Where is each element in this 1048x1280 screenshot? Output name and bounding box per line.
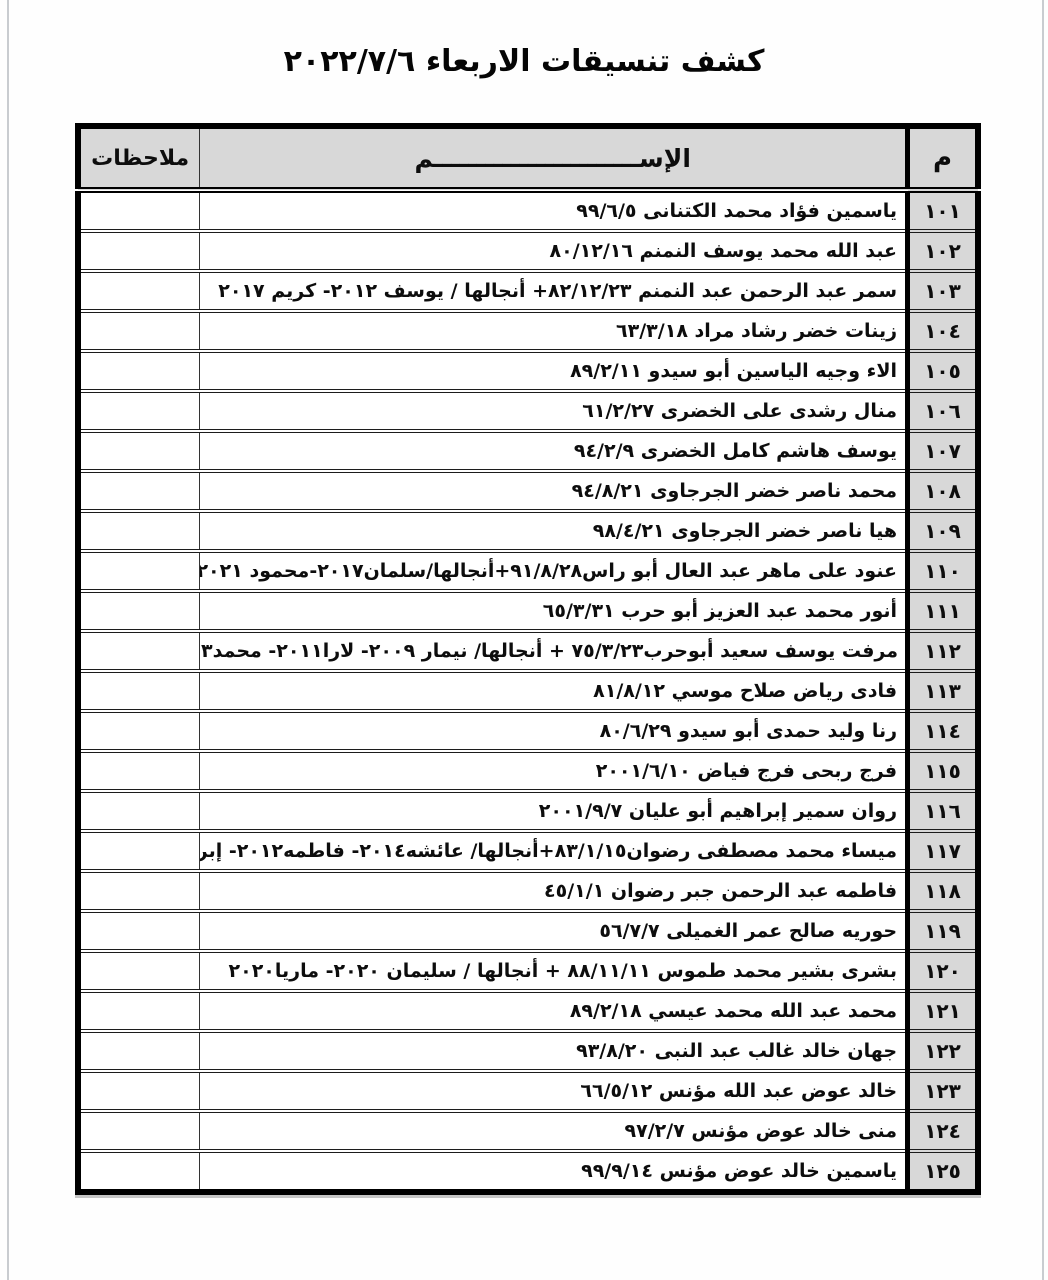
cell-person-name: زينات خضر رشاد مراد ٦٣/٣/١٨ <box>200 311 908 351</box>
cell-serial-number: ١٢٠ <box>908 951 978 991</box>
table-row: ١٠٥ الاء وجيه الياسين أبو سيدو ٨٩/٢/١١ <box>78 351 978 391</box>
cell-serial-number: ١٠١ <box>908 190 978 231</box>
cell-person-name: محمد عبد الله محمد عيسي ٨٩/٢/١٨ <box>200 991 908 1031</box>
cell-person-name: روان سمير إبراهيم أبو عليان ٢٠٠١/٩/٧ <box>200 791 908 831</box>
cell-notes <box>78 1151 200 1192</box>
table-row: ١٢٢ جهان خالد غالب عبد النبى ٩٣/٨/٢٠ <box>78 1031 978 1071</box>
col-header-notes: ملاحظات <box>78 126 200 190</box>
cell-person-name: فرج ربحى فرج فياض ٢٠٠١/٦/١٠ <box>200 751 908 791</box>
cell-serial-number: ١١٤ <box>908 711 978 751</box>
table-row: ١٢٤ منى خالد عوض مؤنس ٩٧/٢/٧ <box>78 1111 978 1151</box>
cell-person-name: ميساء محمد مصطفى رضوان٨٣/١/١٥+أنجالها/ ع… <box>200 831 908 871</box>
cell-serial-number: ١٢٢ <box>908 1031 978 1071</box>
table-row: ١١٥ فرج ربحى فرج فياض ٢٠٠١/٦/١٠ <box>78 751 978 791</box>
cell-notes <box>78 551 200 591</box>
cell-serial-number: ١٢٤ <box>908 1111 978 1151</box>
scan-edge-line-left <box>7 0 9 1280</box>
cell-notes <box>78 351 200 391</box>
cell-notes <box>78 311 200 351</box>
page-title: كشف تنسيقات الاربعاء ٢٠٢٢/٧/٦ <box>0 44 1048 79</box>
cell-person-name: فاطمه عبد الرحمن جبر رضوان ٤٥/١/١ <box>200 871 908 911</box>
table-row: ١١٤ رنا وليد حمدى أبو سيدو ٨٠/٦/٢٩ <box>78 711 978 751</box>
cell-notes <box>78 271 200 311</box>
table-row: ١١٨ فاطمه عبد الرحمن جبر رضوان ٤٥/١/١ <box>78 871 978 911</box>
cell-person-name: ياسمين فؤاد محمد الكتنانى ٩٩/٦/٥ <box>200 190 908 231</box>
table-row: ١٠١ ياسمين فؤاد محمد الكتنانى ٩٩/٦/٥ <box>78 190 978 231</box>
cell-notes <box>78 190 200 231</box>
cell-serial-number: ١١١ <box>908 591 978 631</box>
cell-person-name: ياسمين خالد عوض مؤنس ٩٩/٩/١٤ <box>200 1151 908 1192</box>
cell-serial-number: ١٠٩ <box>908 511 978 551</box>
cell-person-name: عنود على ماهر عبد العال أبو راس٩١/٨/٢٨+أ… <box>200 551 908 591</box>
cell-serial-number: ١٠٨ <box>908 471 978 511</box>
cell-notes <box>78 431 200 471</box>
cell-notes <box>78 791 200 831</box>
cell-person-name: الاء وجيه الياسين أبو سيدو ٨٩/٢/١١ <box>200 351 908 391</box>
cell-person-name: محمد ناصر خضر الجرجاوى ٩٤/٨/٢١ <box>200 471 908 511</box>
table-row: ١١٧ ميساء محمد مصطفى رضوان٨٣/١/١٥+أنجاله… <box>78 831 978 871</box>
table-row: ١٠٩ هيا ناصر خضر الجرجاوى ٩٨/٤/٢١ <box>78 511 978 551</box>
cell-notes <box>78 951 200 991</box>
cell-notes <box>78 231 200 271</box>
cell-person-name: خالد عوض عبد الله مؤنس ٦٦/٥/١٢ <box>200 1071 908 1111</box>
table-row: ١١٦ روان سمير إبراهيم أبو عليان ٢٠٠١/٩/٧ <box>78 791 978 831</box>
table-row: ١٠٧ يوسف هاشم كامل الخضرى ٩٤/٢/٩ <box>78 431 978 471</box>
cell-person-name: منى خالد عوض مؤنس ٩٧/٢/٧ <box>200 1111 908 1151</box>
table-row: ١١٠ عنود على ماهر عبد العال أبو راس٩١/٨/… <box>78 551 978 591</box>
cell-serial-number: ١١٩ <box>908 911 978 951</box>
table-row: ١٢٥ ياسمين خالد عوض مؤنس ٩٩/٩/١٤ <box>78 1151 978 1192</box>
cell-person-name: مرفت يوسف سعيد أبوحرب٧٥/٣/٢٣ + أنجالها/ … <box>200 631 908 671</box>
cell-person-name: فادى رياض صلاح موسي ٨١/٨/١٢ <box>200 671 908 711</box>
col-header-name: الإســــــــــــــــــــــــم <box>200 126 908 190</box>
cell-serial-number: ١٠٢ <box>908 231 978 271</box>
cell-person-name: منال رشدى على الخضرى ٦١/٢/٢٧ <box>200 391 908 431</box>
cell-notes <box>78 751 200 791</box>
table-row: ١١٩ حوريه صالح عمر الغميلى ٥٦/٧/٧ <box>78 911 978 951</box>
cell-notes <box>78 871 200 911</box>
cell-serial-number: ١١٠ <box>908 551 978 591</box>
scan-edge-line-right <box>1042 0 1044 1280</box>
cell-person-name: أنور محمد عبد العزيز أبو حرب ٦٥/٣/٣١ <box>200 591 908 631</box>
cell-person-name: جهان خالد غالب عبد النبى ٩٣/٨/٢٠ <box>200 1031 908 1071</box>
cell-serial-number: ١٢٣ <box>908 1071 978 1111</box>
cell-notes <box>78 471 200 511</box>
cell-person-name: عبد الله محمد يوسف النمنم ٨٠/١٢/١٦ <box>200 231 908 271</box>
cell-serial-number: ١٢٥ <box>908 1151 978 1192</box>
cell-person-name: رنا وليد حمدى أبو سيدو ٨٠/٦/٢٩ <box>200 711 908 751</box>
cell-notes <box>78 1071 200 1111</box>
cell-serial-number: ١٢١ <box>908 991 978 1031</box>
col-header-number: م <box>908 126 978 190</box>
table-row: ١١٣ فادى رياض صلاح موسي ٨١/٨/١٢ <box>78 671 978 711</box>
cell-serial-number: ١٠٧ <box>908 431 978 471</box>
coordination-list-table: م الإســــــــــــــــــــــــم ملاحظات … <box>75 123 981 1195</box>
cell-serial-number: ١٠٥ <box>908 351 978 391</box>
cell-notes <box>78 511 200 551</box>
table-row: ١٠٨ محمد ناصر خضر الجرجاوى ٩٤/٨/٢١ <box>78 471 978 511</box>
cell-notes <box>78 631 200 671</box>
cell-person-name: سمر عبد الرحمن عبد النمنم ٨٢/١٢/٢٣+ أنجا… <box>200 271 908 311</box>
cell-person-name: حوريه صالح عمر الغميلى ٥٦/٧/٧ <box>200 911 908 951</box>
table-row: ١١١ أنور محمد عبد العزيز أبو حرب ٦٥/٣/٣١ <box>78 591 978 631</box>
table-row: ١١٢ مرفت يوسف سعيد أبوحرب٧٥/٣/٢٣ + أنجال… <box>78 631 978 671</box>
cell-notes <box>78 991 200 1031</box>
cell-notes <box>78 1111 200 1151</box>
cell-serial-number: ١٠٣ <box>908 271 978 311</box>
cell-notes <box>78 831 200 871</box>
table-row: ١٢١ محمد عبد الله محمد عيسي ٨٩/٢/١٨ <box>78 991 978 1031</box>
header-row: م الإســــــــــــــــــــــــم ملاحظات <box>78 126 978 190</box>
cell-person-name: يوسف هاشم كامل الخضرى ٩٤/٢/٩ <box>200 431 908 471</box>
scanned-document-page: { "page": { "title": "كشف تنسيقات الاربع… <box>0 0 1048 1280</box>
cell-notes <box>78 591 200 631</box>
table-row: ١٢٣ خالد عوض عبد الله مؤنس ٦٦/٥/١٢ <box>78 1071 978 1111</box>
cell-serial-number: ١١٦ <box>908 791 978 831</box>
coordination-list-table-wrap: م الإســــــــــــــــــــــــم ملاحظات … <box>75 123 981 1195</box>
table-body: ١٠١ ياسمين فؤاد محمد الكتنانى ٩٩/٦/٥ ١٠٢… <box>78 190 978 1192</box>
cell-serial-number: ١٠٦ <box>908 391 978 431</box>
table-row: ١٠٤ زينات خضر رشاد مراد ٦٣/٣/١٨ <box>78 311 978 351</box>
table-row: ١٠٦ منال رشدى على الخضرى ٦١/٢/٢٧ <box>78 391 978 431</box>
cell-person-name: هيا ناصر خضر الجرجاوى ٩٨/٤/٢١ <box>200 511 908 551</box>
cell-serial-number: ١٠٤ <box>908 311 978 351</box>
cell-notes <box>78 391 200 431</box>
table-row: ١٠٢ عبد الله محمد يوسف النمنم ٨٠/١٢/١٦ <box>78 231 978 271</box>
cell-serial-number: ١١٨ <box>908 871 978 911</box>
cell-serial-number: ١١٢ <box>908 631 978 671</box>
cell-notes <box>78 711 200 751</box>
cell-notes <box>78 1031 200 1071</box>
cell-serial-number: ١١٣ <box>908 671 978 711</box>
cell-serial-number: ١١٧ <box>908 831 978 871</box>
cell-person-name: بشرى بشير محمد طموس ٨٨/١١/١١ + أنجالها /… <box>200 951 908 991</box>
cell-notes <box>78 911 200 951</box>
table-row: ١٠٣ سمر عبد الرحمن عبد النمنم ٨٢/١٢/٢٣+ … <box>78 271 978 311</box>
cell-notes <box>78 671 200 711</box>
table-row: ١٢٠ بشرى بشير محمد طموس ٨٨/١١/١١ + أنجال… <box>78 951 978 991</box>
cell-serial-number: ١١٥ <box>908 751 978 791</box>
